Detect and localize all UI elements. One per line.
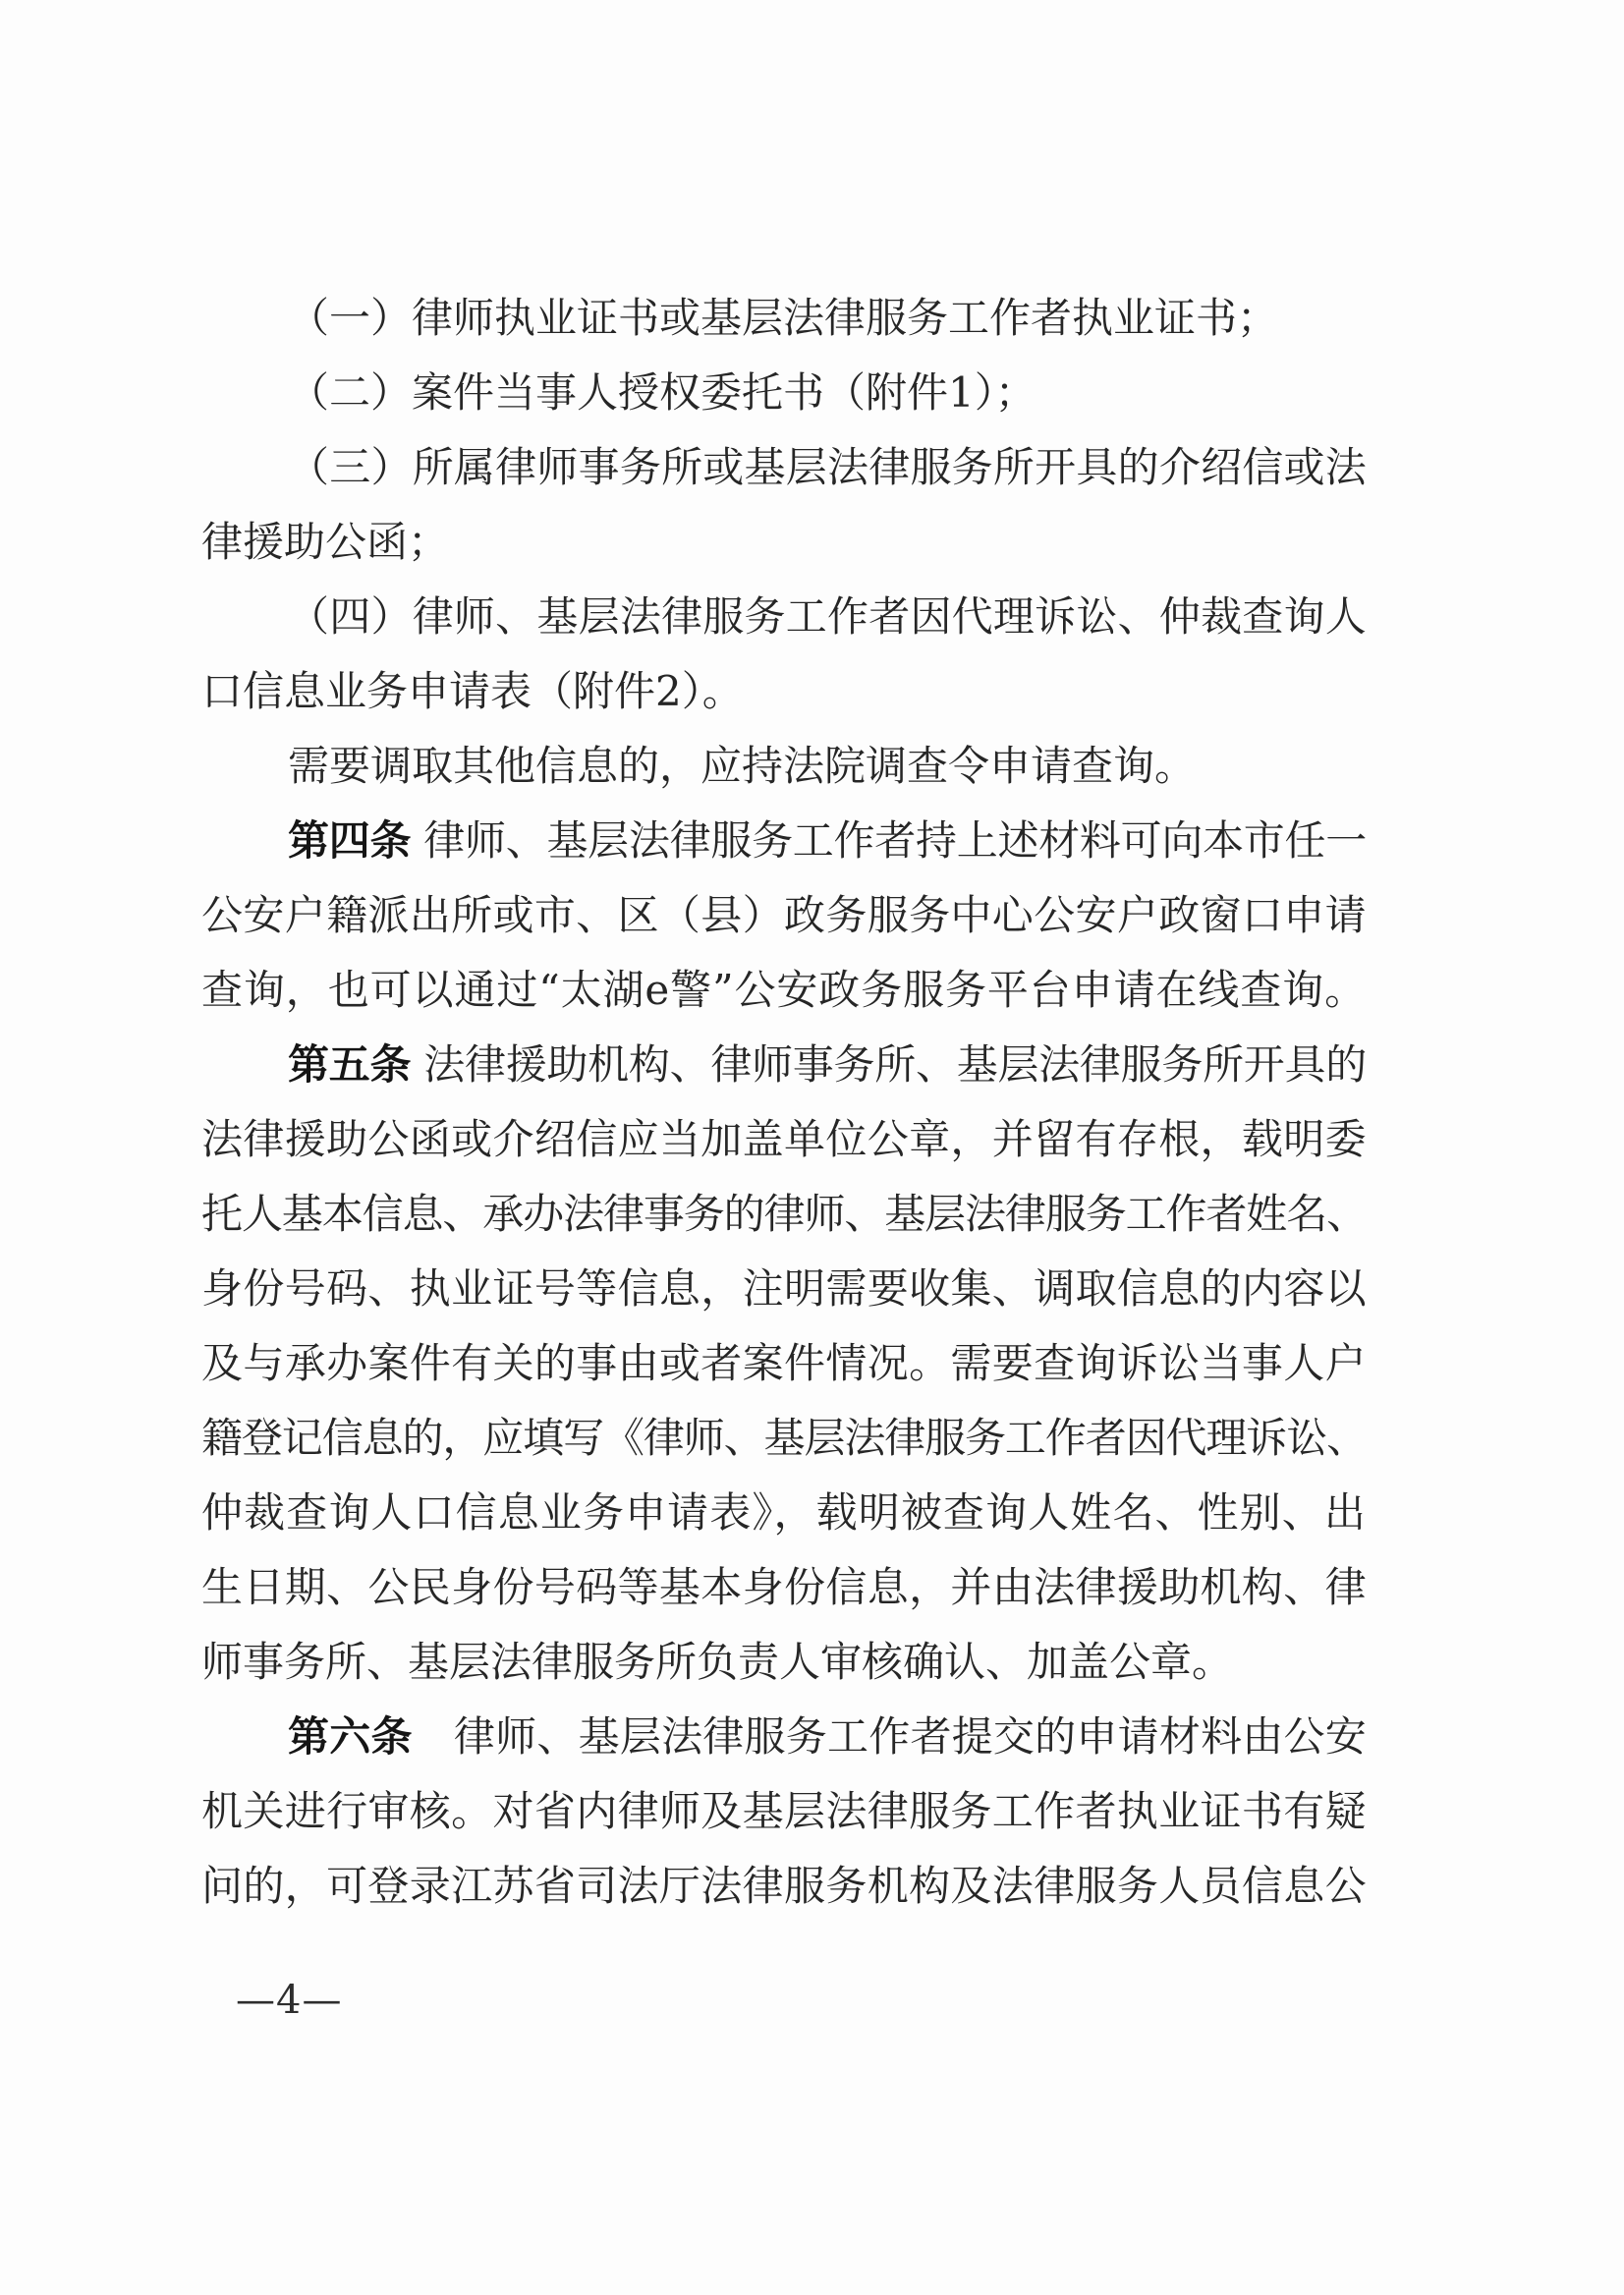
- text-line: 查询，也可以通过“太湖e警”公安政务服务平台申请在线查询。: [201, 953, 1367, 1028]
- text-line-content: （三）所属律师事务所或基层法律服务所开具的介绍信或法: [288, 430, 1367, 505]
- text-line: 问的，可登录江苏省司法厅法律服务机构及法律服务人员信息公: [201, 1849, 1367, 1924]
- text-line-content: 第五条 法律援助机构、律师事务所、基层法律服务所开具的: [288, 1028, 1367, 1102]
- text-line-content: 仲裁查询人口信息业务申请表》，载明被查询人姓名、性别、出: [201, 1476, 1367, 1550]
- text-line: 法律援助公函或介绍信应当加盖单位公章，并留有存根，载明委: [201, 1102, 1367, 1177]
- text-line-content: 需要调取其他信息的，应持法院调查令申请查询。: [288, 729, 1196, 804]
- text-line: 律援助公函；: [201, 505, 1367, 580]
- text-line: 公安户籍派出所或市、区（县）政务服务中心公安户政窗口申请: [201, 878, 1367, 953]
- text-line-content: 法律援助公函或介绍信应当加盖单位公章，并留有存根，载明委: [201, 1102, 1367, 1177]
- text-line: 师事务所、基层法律服务所负责人审核确认、加盖公章。: [201, 1625, 1367, 1700]
- text-line: 第五条 法律援助机构、律师事务所、基层法律服务所开具的: [288, 1028, 1367, 1102]
- text-line-content: 籍登记信息的，应填写《律师、基层法律服务工作者因代理诉讼、: [201, 1401, 1367, 1476]
- page-number: —4—: [236, 1979, 342, 2022]
- text-line-content: 及与承办案件有关的事由或者案件情况。需要查询诉讼当事人户: [201, 1326, 1367, 1401]
- text-line-content: 生日期、公民身份号码等基本身份信息，并由法律援助机构、律: [201, 1550, 1367, 1625]
- article-number: 第六条: [288, 1712, 413, 1761]
- text-line: 身份号码、执业证号等信息，注明需要收集、调取信息的内容以: [201, 1252, 1367, 1326]
- text-line-content: 第四条 律师、基层法律服务工作者持上述材料可向本市任一: [288, 804, 1367, 878]
- text-line-content: 第六条 律师、基层法律服务工作者提交的申请材料由公安: [288, 1700, 1367, 1774]
- text-line-content: 师事务所、基层法律服务所负责人审核确认、加盖公章。: [201, 1625, 1233, 1700]
- text-line-content: 公安户籍派出所或市、区（县）政务服务中心公安户政窗口申请: [201, 878, 1367, 953]
- text-line-content: 问的，可登录江苏省司法厅法律服务机构及法律服务人员信息公: [201, 1849, 1367, 1924]
- text-line: 籍登记信息的，应填写《律师、基层法律服务工作者因代理诉讼、: [201, 1401, 1367, 1476]
- text-line-content: 机关进行审核。对省内律师及基层法律服务工作者执业证书有疑: [201, 1774, 1367, 1849]
- text-line: 生日期、公民身份号码等基本身份信息，并由法律援助机构、律: [201, 1550, 1367, 1625]
- text-line: 仲裁查询人口信息业务申请表》，载明被查询人姓名、性别、出: [201, 1476, 1367, 1550]
- text-line: （二）案件当事人授权委托书（附件1）；: [288, 356, 1367, 430]
- text-line-content: 口信息业务申请表（附件2）。: [201, 654, 744, 729]
- text-line: 机关进行审核。对省内律师及基层法律服务工作者执业证书有疑: [201, 1774, 1367, 1849]
- text-line-content: 律援助公函；: [201, 505, 449, 580]
- article-number: 第五条: [288, 1040, 411, 1089]
- document-body: （一）律师执业证书或基层法律服务工作者执业证书；（二）案件当事人授权委托书（附件…: [201, 281, 1367, 1924]
- text-line: （三）所属律师事务所或基层法律服务所开具的介绍信或法: [288, 430, 1367, 505]
- text-line-content: （一）律师执业证书或基层法律服务工作者执业证书；: [288, 281, 1278, 356]
- text-line-content: 查询，也可以通过“太湖e警”公安政务服务平台申请在线查询。: [201, 953, 1367, 1028]
- text-line: 口信息业务申请表（附件2）。: [201, 654, 1367, 729]
- text-line: （一）律师执业证书或基层法律服务工作者执业证书；: [288, 281, 1367, 356]
- text-line: 第四条 律师、基层法律服务工作者持上述材料可向本市任一: [288, 804, 1367, 878]
- text-line-content: （四）律师、基层法律服务工作者因代理诉讼、仲裁查询人: [288, 580, 1367, 654]
- text-line: 需要调取其他信息的，应持法院调查令申请查询。: [288, 729, 1367, 804]
- text-line-content: 身份号码、执业证号等信息，注明需要收集、调取信息的内容以: [201, 1252, 1367, 1326]
- text-line-content: （二）案件当事人授权委托书（附件1）；: [288, 356, 1036, 430]
- text-line-content: 托人基本信息、承办法律事务的律师、基层法律服务工作者姓名、: [201, 1177, 1367, 1252]
- text-line: 托人基本信息、承办法律事务的律师、基层法律服务工作者姓名、: [201, 1177, 1367, 1252]
- document-page: （一）律师执业证书或基层法律服务工作者执业证书；（二）案件当事人授权委托书（附件…: [0, 0, 1624, 2295]
- text-line: 及与承办案件有关的事由或者案件情况。需要查询诉讼当事人户: [201, 1326, 1367, 1401]
- text-line: 第六条 律师、基层法律服务工作者提交的申请材料由公安: [288, 1700, 1367, 1774]
- article-number: 第四条: [288, 816, 411, 865]
- text-line: （四）律师、基层法律服务工作者因代理诉讼、仲裁查询人: [288, 580, 1367, 654]
